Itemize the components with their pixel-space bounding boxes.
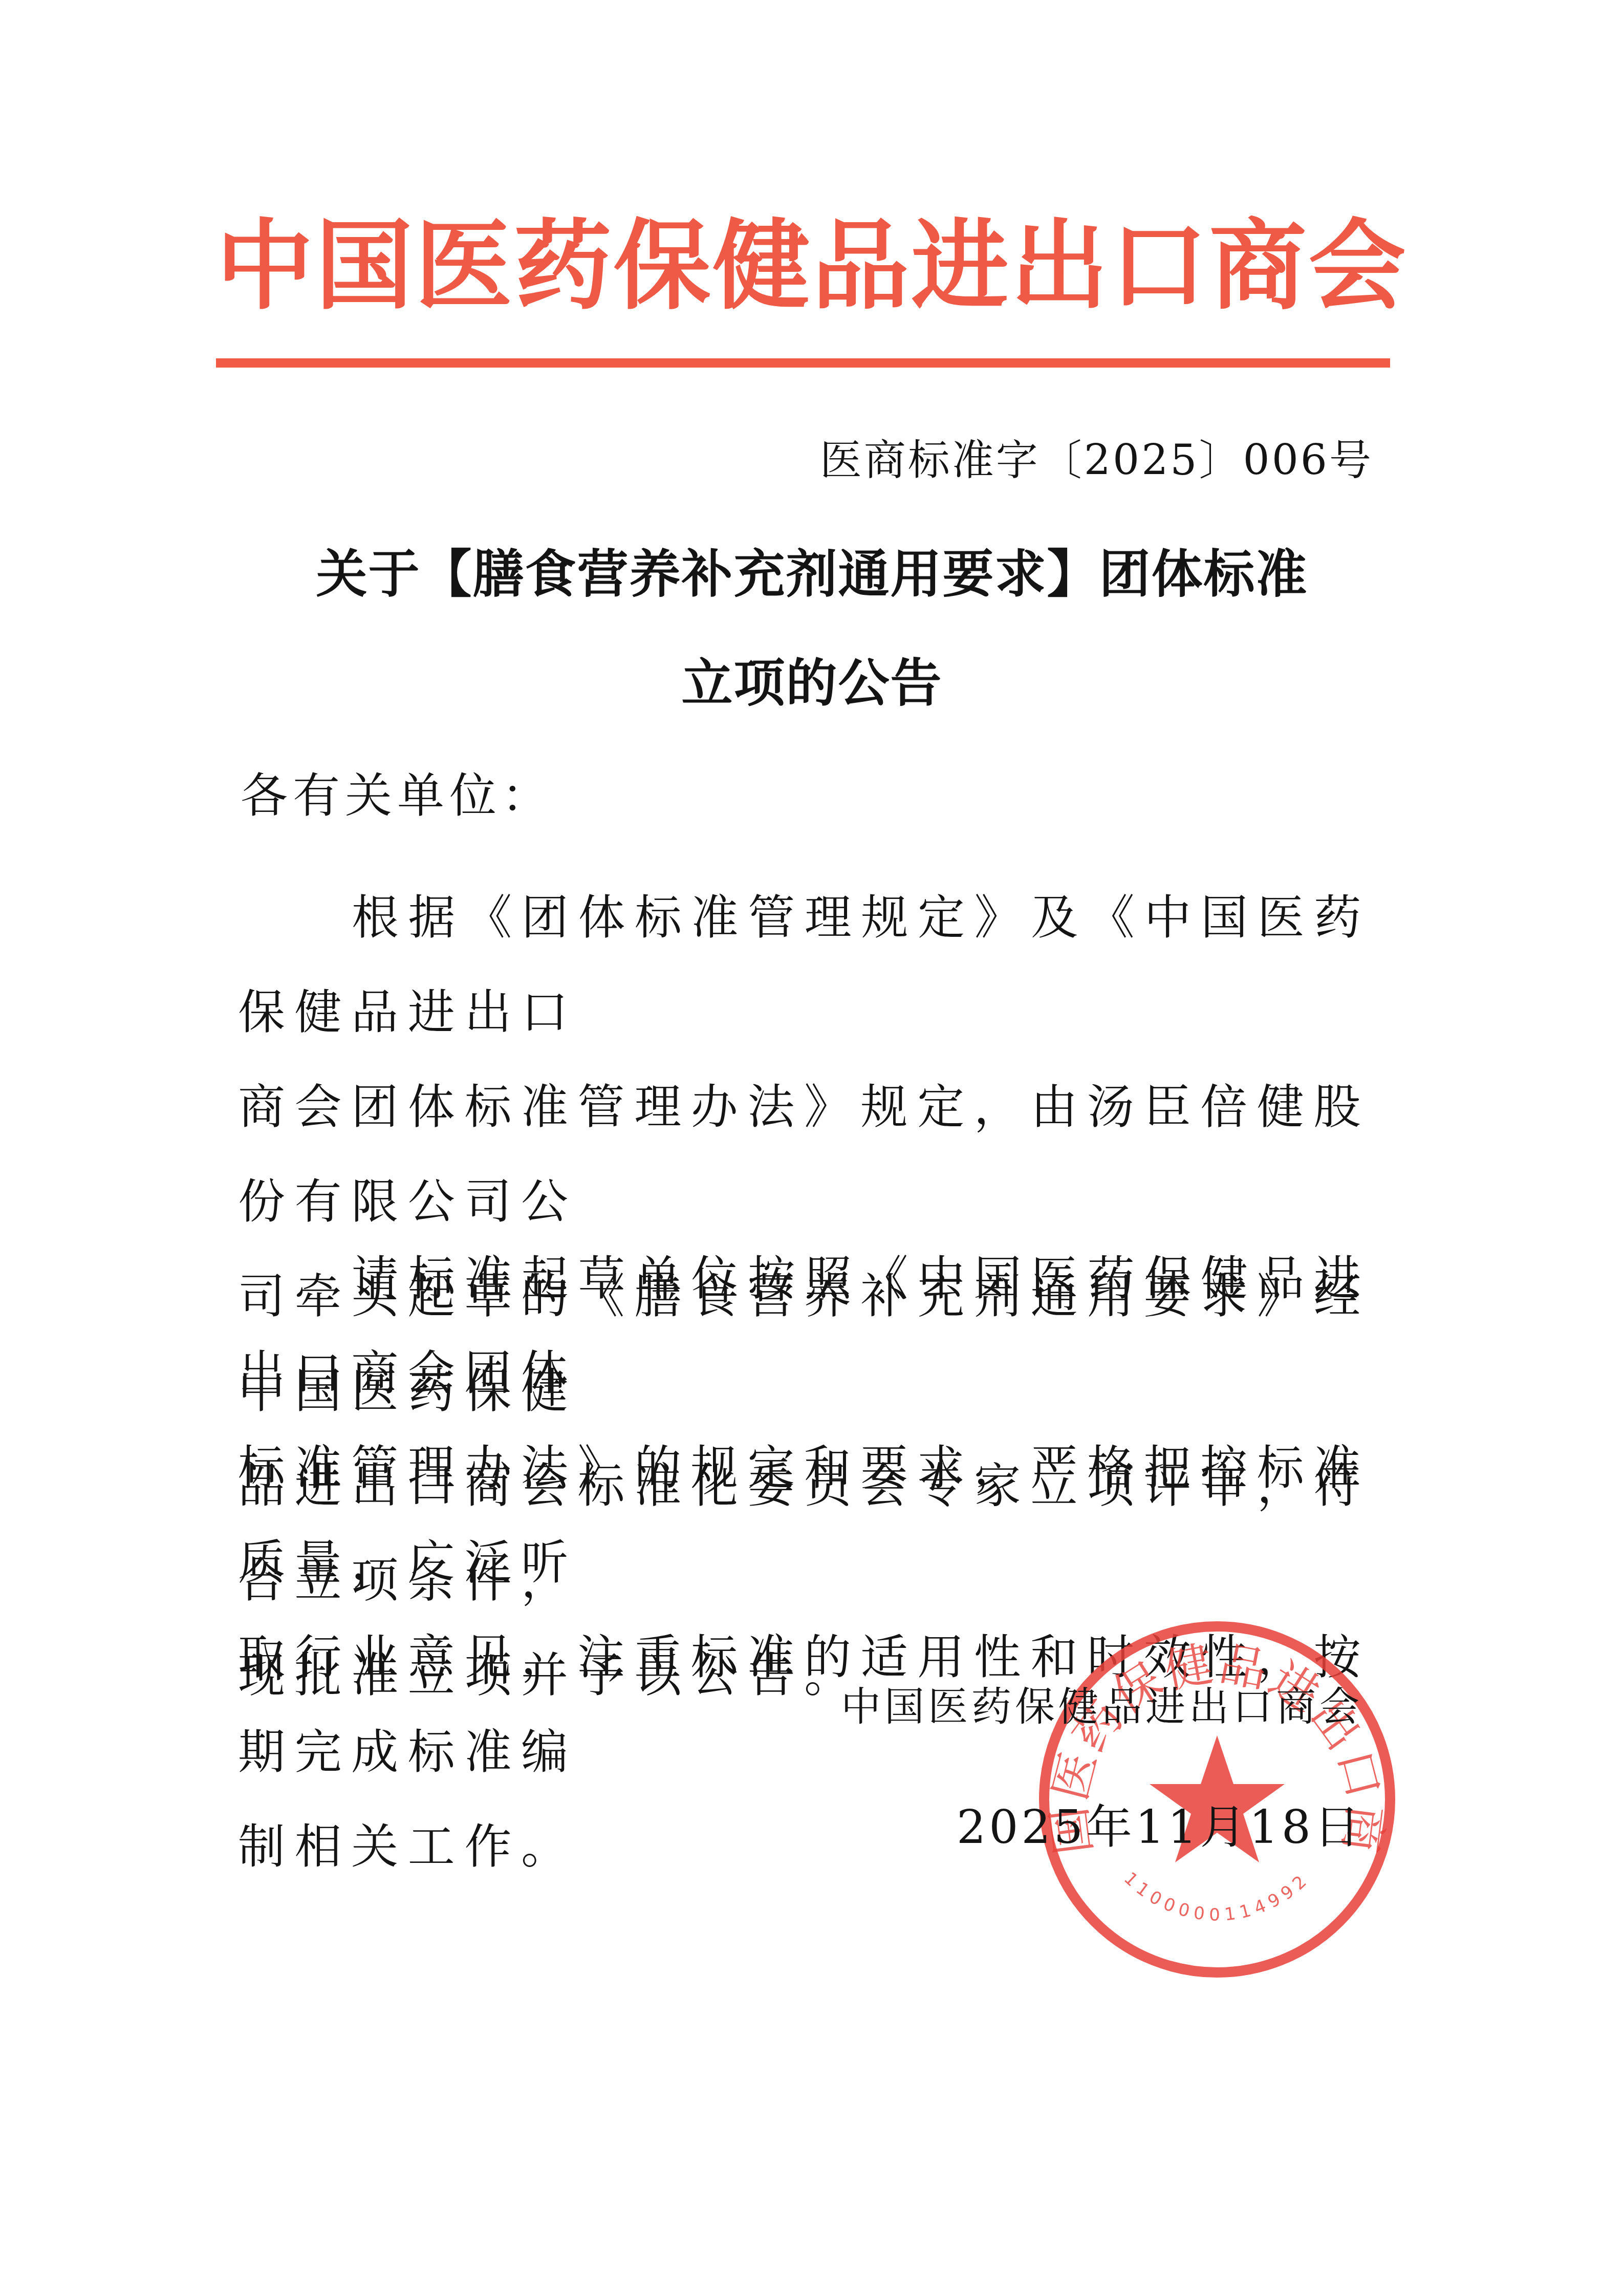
salutation: 各有关单位： (241, 768, 554, 824)
paragraph-line: 商会团体标准管理办法》规定，由汤臣倍健股份有限公司公 (238, 1060, 1384, 1249)
paragraph-line-text: 根据《团体标准管理规定》及《中国医药保健品进出口 (238, 890, 1371, 1040)
document-title-line-1: 关于【膳食营养补充剂通用要求】团体标准 (0, 544, 1624, 605)
svg-text:1100000114992: 1100000114992 (1120, 1868, 1314, 1925)
letterhead-organization-name: 中国医药保健品进出口商会 (0, 205, 1624, 328)
paragraph-line-text: 请标准起草单位按照《中国医药保健品进出口商会团体 (238, 1251, 1371, 1401)
signature-organization: 中国医药保健品进出口商会 (841, 1682, 1363, 1733)
letterhead-red-rule (216, 358, 1390, 368)
document-number: 医商标准字〔2025〕006号 (820, 435, 1373, 486)
paragraph-line: 请标准起草单位按照《中国医药保健品进出口商会团体 (238, 1231, 1384, 1421)
seal-code: 1100000114992 (1120, 1868, 1314, 1925)
paragraph-line: 标准管理办法》的规定和要求，严格把控标准质量，广泛听 (238, 1421, 1384, 1610)
document-title-line-2: 立项的公告 (0, 653, 1624, 714)
signature-date: 2025年11月18日 (957, 1799, 1363, 1856)
paragraph-line: 根据《团体标准管理规定》及《中国医药保健品进出口 (238, 870, 1384, 1060)
